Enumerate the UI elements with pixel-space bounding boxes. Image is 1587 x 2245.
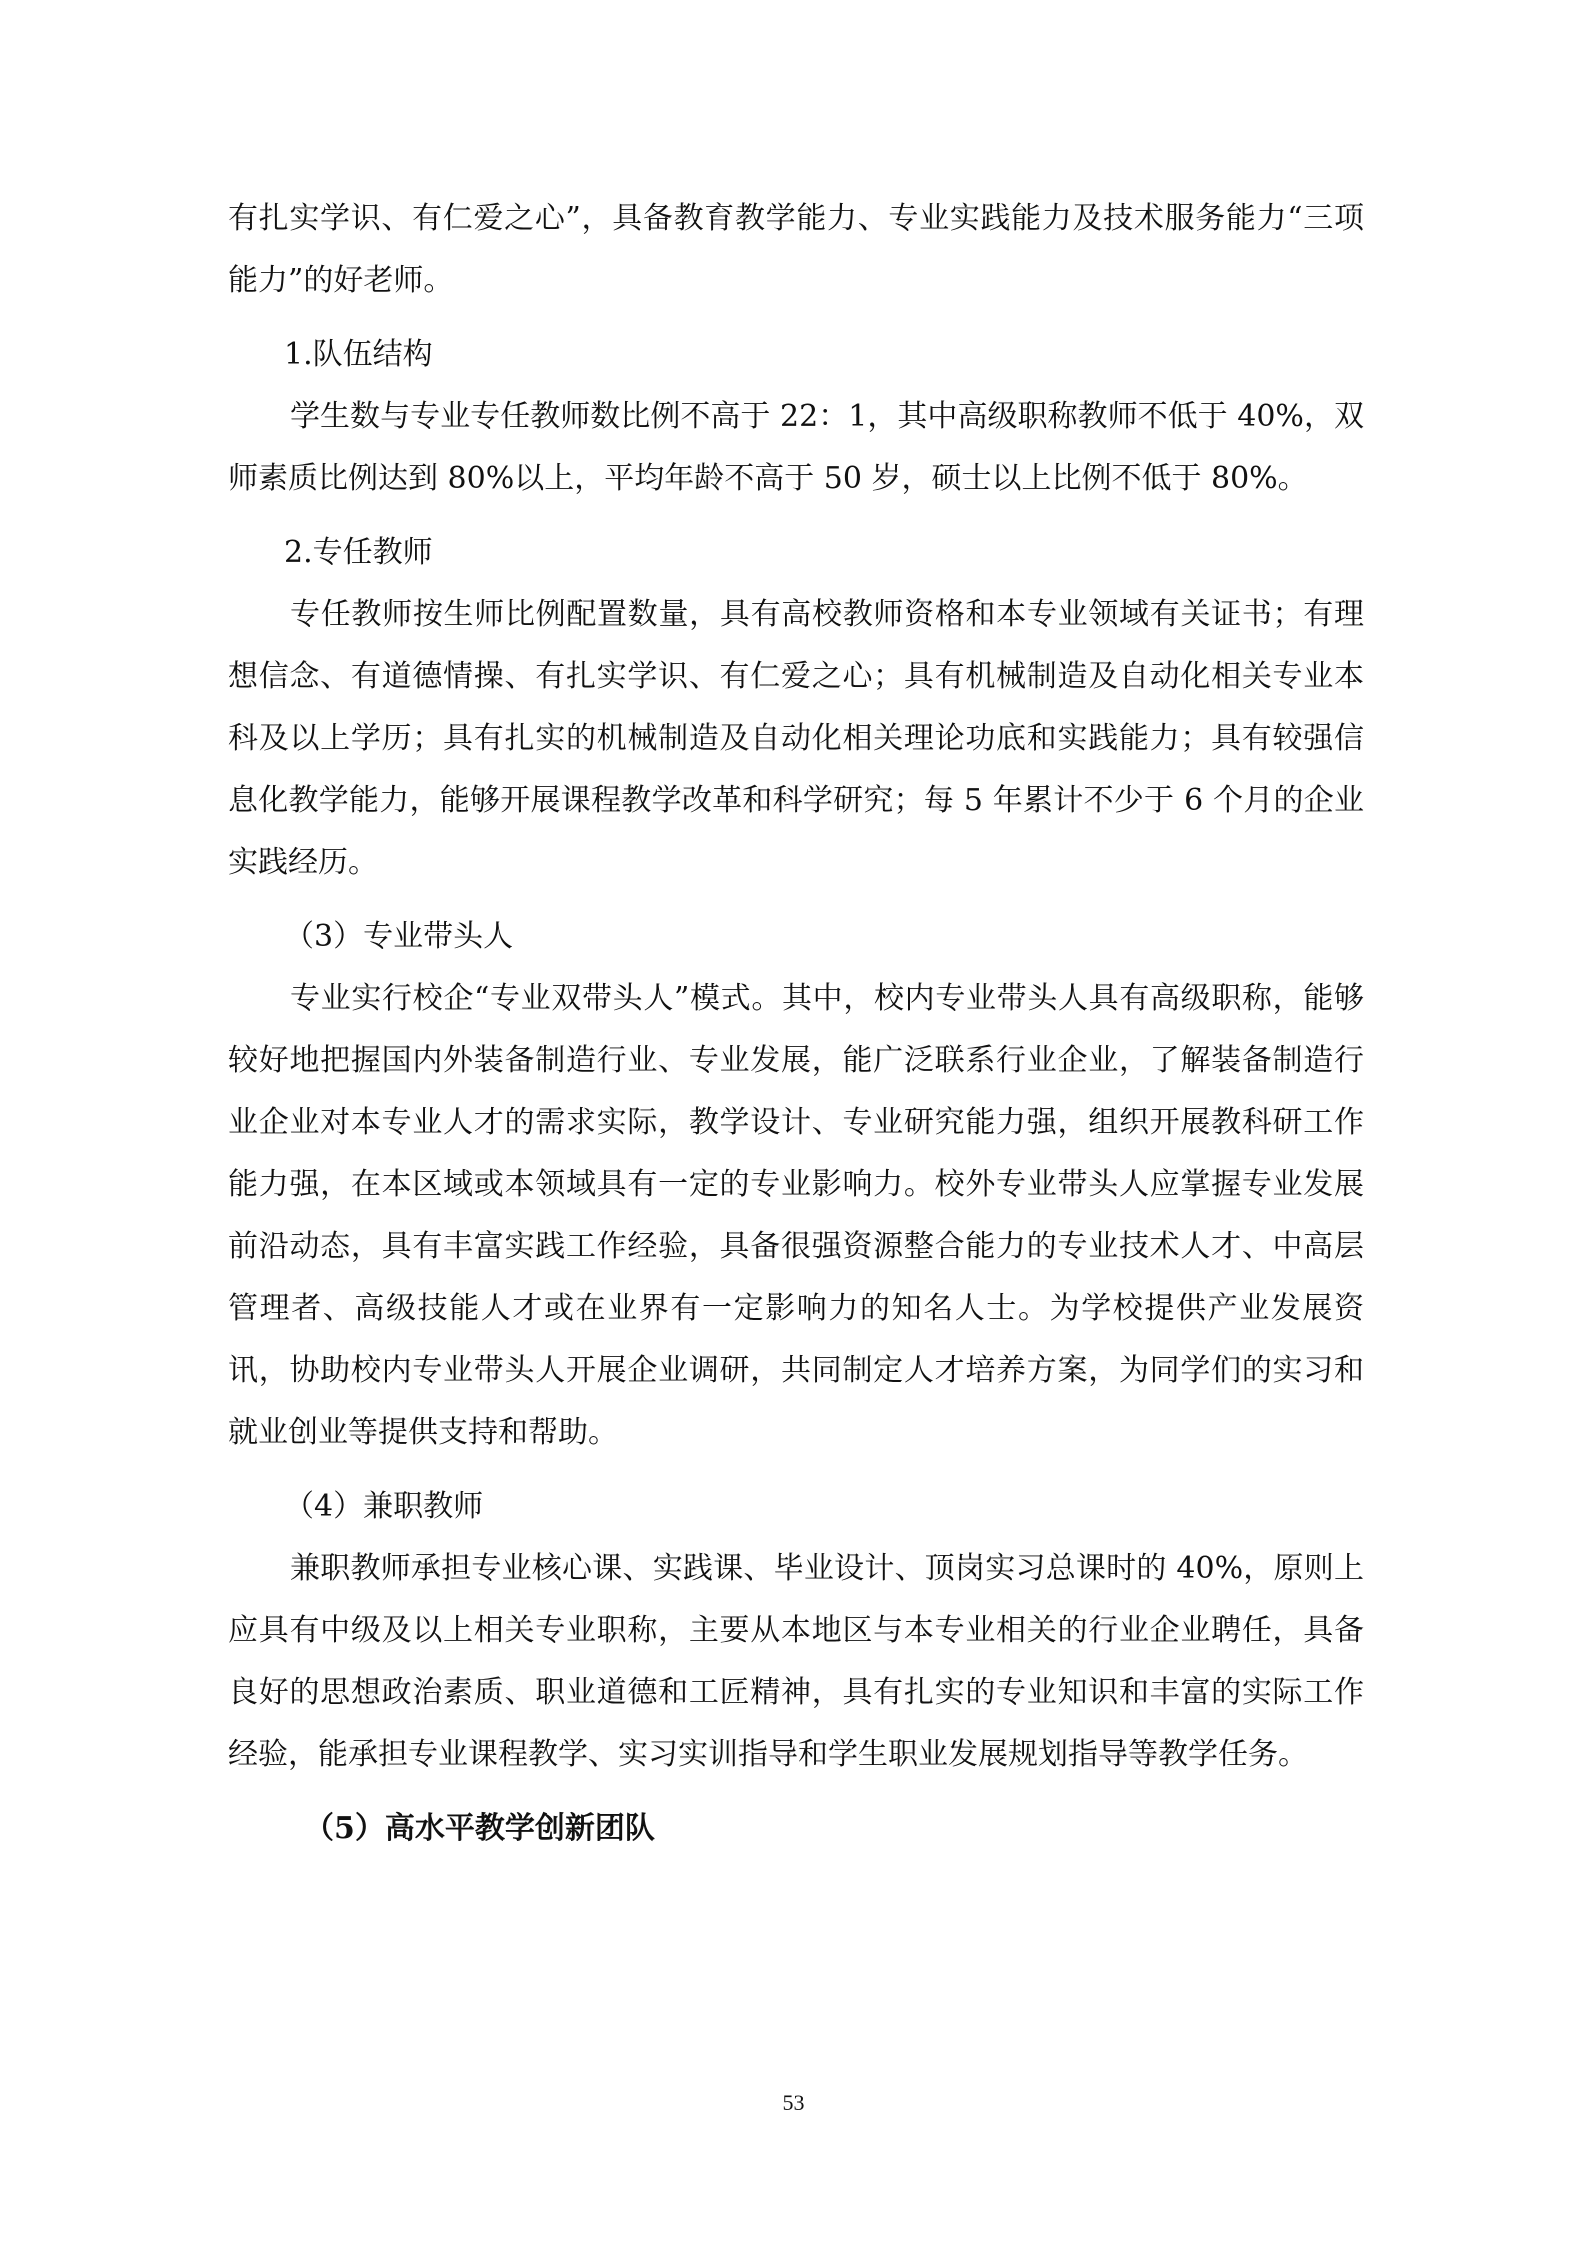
section-heading-fulltime-teachers: 2.专任教师	[228, 522, 1364, 584]
section-heading-parttime-teachers: （4）兼职教师	[228, 1476, 1364, 1538]
page-number: 53	[0, 2090, 1587, 2116]
section-heading-innovation-team: （5）高水平教学创新团队	[228, 1798, 1364, 1860]
intro-paragraph: 有扎实学识、有仁爱之心”，具备教育教学能力、专业实践能力及技术服务能力“三项能力…	[228, 188, 1364, 312]
fulltime-teachers-paragraph: 专任教师按生师比例配置数量，具有高校教师资格和本专业领域有关证书；有理想信念、有…	[228, 584, 1364, 894]
section-heading-program-leader: （3）专业带头人	[228, 906, 1364, 968]
team-structure-paragraph: 学生数与专业专任教师数比例不高于 22：1，其中高级职称教师不低于 40%，双师…	[228, 386, 1364, 510]
section-heading-team-structure: 1.队伍结构	[228, 324, 1364, 386]
program-leader-paragraph: 专业实行校企“专业双带头人”模式。其中，校内专业带头人具有高级职称，能够较好地把…	[228, 968, 1364, 1464]
document-page: 有扎实学识、有仁爱之心”，具备教育教学能力、专业实践能力及技术服务能力“三项能力…	[228, 188, 1364, 1860]
parttime-teachers-paragraph: 兼职教师承担专业核心课、实践课、毕业设计、顶岗实习总课时的 40%，原则上应具有…	[228, 1538, 1364, 1786]
